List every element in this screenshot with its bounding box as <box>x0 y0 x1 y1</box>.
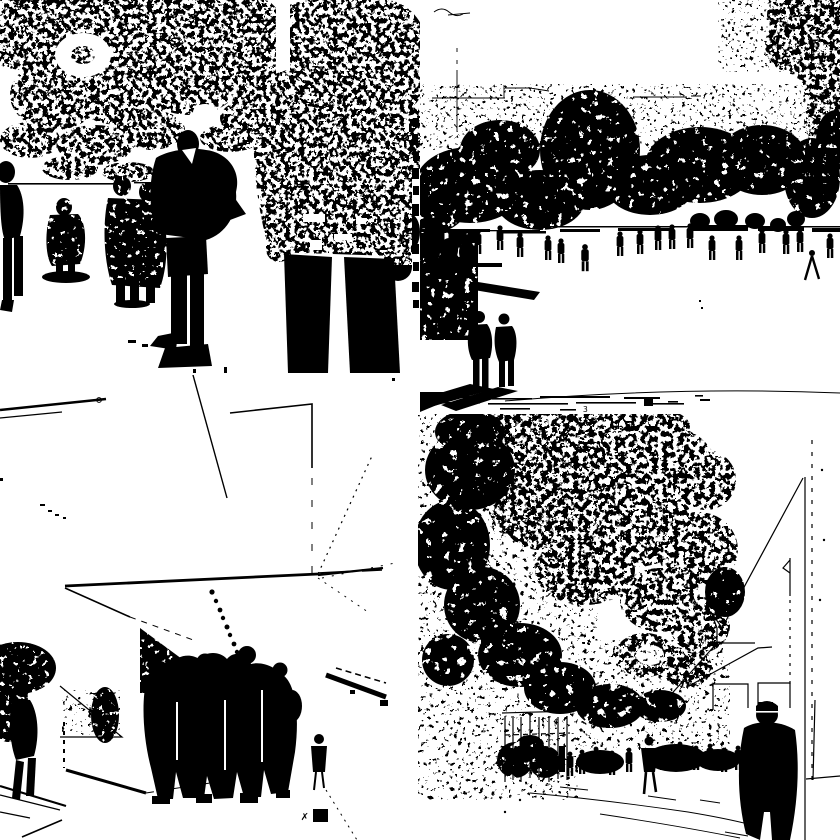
ground-marks <box>505 300 840 403</box>
treeline <box>420 84 840 233</box>
panel-bottom-right <box>418 414 840 840</box>
sky-squiggle <box>434 9 470 16</box>
cap-brim-highlight <box>754 711 780 713</box>
leg-gap <box>330 288 348 373</box>
photo-grid: 3 <box>0 0 840 840</box>
ceiling-lights <box>209 589 239 654</box>
pedestrian-right <box>311 734 327 790</box>
pedestrian-right-large <box>252 60 412 373</box>
watermark-square <box>313 809 328 822</box>
dotted-marks <box>0 378 395 706</box>
walker-foreground <box>739 701 798 840</box>
walking-group <box>144 646 302 804</box>
bottom-right-scene <box>418 414 840 840</box>
tree-mass <box>418 414 750 800</box>
watermark: ✗ <box>301 809 328 823</box>
pedestrian-child <box>42 198 90 283</box>
panel-top-right: 3 <box>420 0 840 414</box>
watermark-x-glyph: ✗ <box>301 809 308 823</box>
panel-bottom-left: ✗ <box>0 375 404 840</box>
bottom-left-scene: ✗ <box>0 375 404 840</box>
pedestrian-left <box>10 683 38 800</box>
top-right-scene: 3 <box>420 0 840 414</box>
panel-top-left <box>0 0 420 373</box>
noise-glyph: 3 <box>583 405 588 414</box>
top-left-scene <box>0 0 420 373</box>
